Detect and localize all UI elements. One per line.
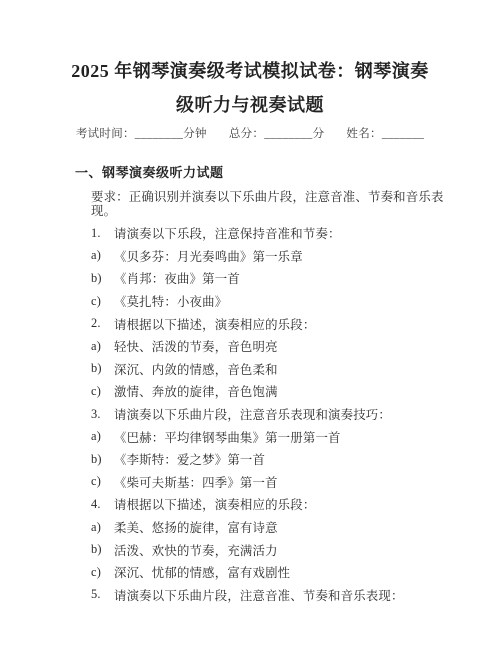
page-title-line-1: 2025 年钢琴演奏级考试模拟试卷：钢琴演奏 xyxy=(71,61,429,81)
item-marker: b) xyxy=(91,271,107,286)
total-score-field: 总分：________分 xyxy=(229,125,325,141)
question-item: b) 《李斯特：爱之梦》第一首 xyxy=(91,448,470,471)
question-item: 3. 请演奏以下乐曲片段，注意音乐表现和演奏技巧： xyxy=(91,403,470,426)
page-title-line-2: 级听力与视奏试题 xyxy=(176,95,324,115)
item-marker: 1. xyxy=(91,226,107,241)
question-item: a) 《巴赫：平均律钢琴曲集》第一册第一首 xyxy=(91,425,470,448)
item-marker: c) xyxy=(91,384,107,399)
question-item: c) 《柴可夫斯基：四季》第一首 xyxy=(91,471,470,494)
question-item: 1. 请演奏以下乐段，注意保持音准和节奏： xyxy=(91,222,470,245)
question-item: c) 《莫扎特：小夜曲》 xyxy=(91,290,470,313)
item-text: 请演奏以下乐段，注意保持音准和节奏： xyxy=(114,224,341,242)
question-item: a) 《贝多芬：月光奏鸣曲》第一乐章 xyxy=(91,245,470,268)
question-item: 4. 请根据以下描述，演奏相应的乐段： xyxy=(91,493,470,516)
item-text: 《巴赫：平均律钢琴曲集》第一册第一首 xyxy=(114,428,341,446)
exam-meta-line: 考试时间：________分钟 总分：________分 姓名：_______ xyxy=(0,126,500,140)
item-text: 请根据以下描述，演奏相应的乐段： xyxy=(114,315,315,333)
item-text: 《柴可夫斯基：四季》第一首 xyxy=(114,473,278,491)
item-text: 请演奏以下乐曲片段，注意音乐表现和演奏技巧： xyxy=(114,405,391,423)
item-text: 请根据以下描述，演奏相应的乐段： xyxy=(114,495,315,513)
question-list: 1. 请演奏以下乐段，注意保持音准和节奏： a) 《贝多芬：月光奏鸣曲》第一乐章… xyxy=(91,222,470,606)
item-marker: b) xyxy=(91,542,107,557)
item-marker: 5. xyxy=(91,587,107,602)
item-marker: a) xyxy=(91,339,107,354)
question-item: a) 轻快、活泼的节奏，音色明亮 xyxy=(91,335,470,358)
question-item: b) 《肖邦：夜曲》第一首 xyxy=(91,267,470,290)
item-text: 《莫扎特：小夜曲》 xyxy=(114,292,227,310)
exam-time-field: 考试时间：________分钟 xyxy=(76,125,207,141)
item-marker: c) xyxy=(91,294,107,309)
item-marker: c) xyxy=(91,474,107,489)
question-item: b) 深沉、内敛的情感，音色柔和 xyxy=(91,358,470,381)
name-field: 姓名：_______ xyxy=(346,125,424,141)
item-text: 轻快、活泼的节奏，音色明亮 xyxy=(114,337,278,355)
item-marker: a) xyxy=(91,248,107,263)
item-marker: a) xyxy=(91,520,107,535)
section-requirement: 要求：正确识别并演奏以下乐曲片段，注意音准、节奏和音乐表现。 xyxy=(91,190,460,218)
item-text: 请演奏以下乐曲片段，注意音准、节奏和音乐表现： xyxy=(114,586,404,604)
item-marker: 2. xyxy=(91,316,107,331)
item-marker: 3. xyxy=(91,407,107,422)
item-text: 《肖邦：夜曲》第一首 xyxy=(114,269,240,287)
page-title: 2025 年钢琴演奏级考试模拟试卷：钢琴演奏 级听力与视奏试题 xyxy=(0,0,500,122)
item-text: 《李斯特：爱之梦》第一首 xyxy=(114,450,265,468)
item-marker: b) xyxy=(91,452,107,467)
question-item: a) 柔美、悠扬的旋律，富有诗意 xyxy=(91,516,470,539)
question-item: c) 深沉、忧郁的情感，富有戏剧性 xyxy=(91,561,470,584)
item-text: 柔美、悠扬的旋律，富有诗意 xyxy=(114,518,278,536)
exam-document-page: 2025 年钢琴演奏级考试模拟试卷：钢琴演奏 级听力与视奏试题 考试时间：___… xyxy=(0,0,500,647)
question-item: 2. 请根据以下描述，演奏相应的乐段： xyxy=(91,312,470,335)
item-text: 活泼、欢快的节奏，充满活力 xyxy=(114,541,278,559)
item-marker: a) xyxy=(91,429,107,444)
question-item: c) 激情、奔放的旋律，音色饱满 xyxy=(91,380,470,403)
item-text: 激情、奔放的旋律，音色饱满 xyxy=(114,382,278,400)
question-item: b) 活泼、欢快的节奏，充满活力 xyxy=(91,538,470,561)
item-marker: 4. xyxy=(91,497,107,512)
item-marker: b) xyxy=(91,361,107,376)
section-heading: 一、钢琴演奏级听力试题 xyxy=(75,166,500,180)
item-text: 深沉、忧郁的情感，富有戏剧性 xyxy=(114,563,290,581)
item-marker: c) xyxy=(91,565,107,580)
item-text: 深沉、内敛的情感，音色柔和 xyxy=(114,360,278,378)
question-item: 5. 请演奏以下乐曲片段，注意音准、节奏和音乐表现： xyxy=(91,584,470,607)
item-text: 《贝多芬：月光奏鸣曲》第一乐章 xyxy=(114,247,303,265)
